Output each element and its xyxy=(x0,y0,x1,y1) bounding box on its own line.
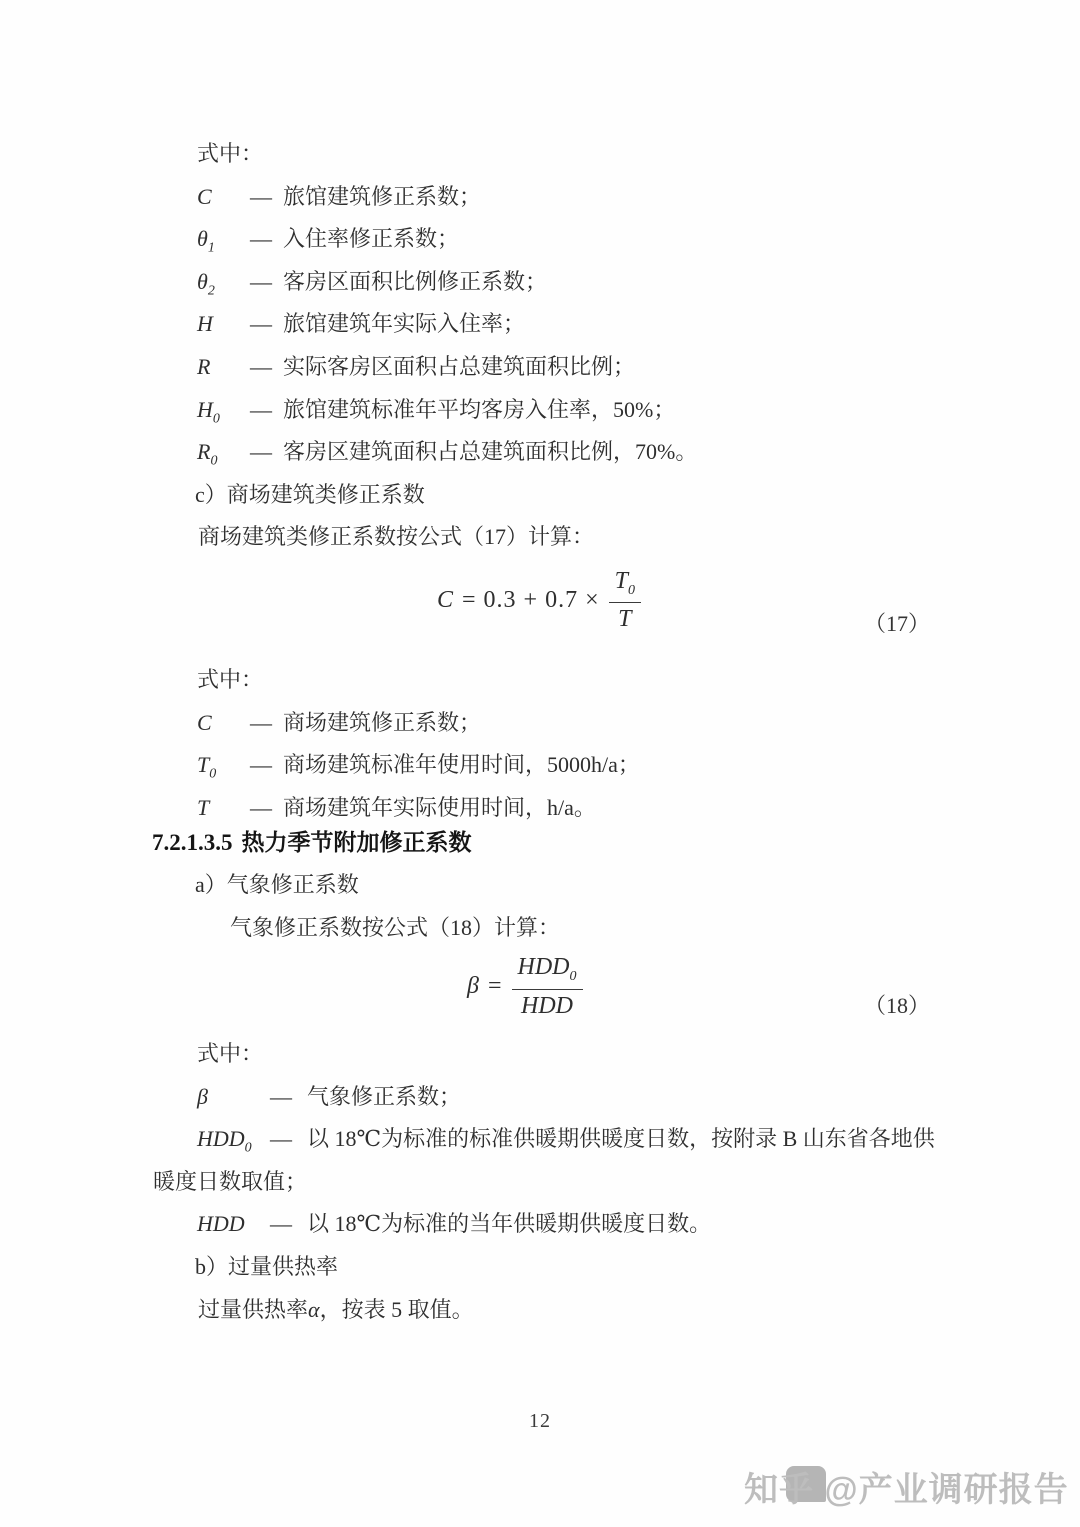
mall-definition-list: C—商场建筑修正系数； T0—商场建筑标准年使用时间，5000h/a； T—商场… xyxy=(150,702,930,830)
fraction-numerator: T0 xyxy=(609,569,641,603)
eq-operators: = 0.3 + 0.7 × xyxy=(462,588,600,613)
definition-row: T0—商场建筑标准年使用时间，5000h/a； xyxy=(150,744,930,787)
excess-heat-rate-text: 过量供热率α，按表 5 取值。 xyxy=(150,1289,930,1332)
formula-17-intro: 商场建筑类修正系数按公式（17）计算： xyxy=(150,516,930,559)
hotel-definition-list: C—旅馆建筑修正系数； θ1—入住率修正系数； θ2—客房区面积比例修正系数； … xyxy=(150,176,930,474)
section-number: 7.2.1.3.5 xyxy=(152,830,233,855)
definition-text: 客房区建筑面积占总建筑面积比例，70%。 xyxy=(283,439,697,464)
watermark: 知乎 @产业调研报告 xyxy=(744,1462,1069,1510)
fraction-denominator: T xyxy=(618,603,631,632)
eq-lhs: C xyxy=(437,588,453,613)
em-dash: — xyxy=(250,346,283,389)
definition-text: 气象修正系数； xyxy=(307,1084,461,1109)
equation-number-17: （17） xyxy=(864,607,930,638)
definition-text: 以 18℃为标准的标准供暖期供暖度日数，按附录 B 山东省各地供 xyxy=(307,1126,935,1151)
definition-row: θ1—入住率修正系数； xyxy=(150,218,930,261)
watermark-text: 知乎 @产业调研报告 xyxy=(744,1471,1069,1509)
definition-row: θ2—客房区面积比例修正系数； xyxy=(150,261,930,304)
list-item-a: a）气象修正系数 xyxy=(150,864,930,907)
definition-row: β—气象修正系数； xyxy=(150,1076,930,1119)
fraction-denominator: HDD xyxy=(521,990,573,1019)
definition-text: 入住率修正系数； xyxy=(283,226,459,251)
equation-17: C = 0.3 + 0.7 × T0 T xyxy=(437,569,641,633)
em-dash: — xyxy=(250,218,283,261)
definition-row: H0—旅馆建筑标准年平均客房入住率，50%； xyxy=(150,389,930,432)
where-label-thermal: 式中： xyxy=(150,1033,930,1076)
definition-text: 旅馆建筑年实际入住率； xyxy=(283,311,525,336)
section-title: 热力季节附加修正系数 xyxy=(242,829,472,855)
definition-text: 商场建筑年实际使用时间，h/a。 xyxy=(283,795,596,820)
equation-18: β = HDD0 HDD xyxy=(467,955,583,1019)
definition-text: 旅馆建筑标准年平均客房入住率，50%； xyxy=(283,397,675,422)
equation-number-18: （18） xyxy=(864,989,930,1020)
fraction: HDD0 HDD xyxy=(512,955,583,1019)
formula-17: C = 0.3 + 0.7 × T0 T （17） xyxy=(150,559,930,659)
thermal-definition-list: β—气象修正系数； HDD0—以 18℃为标准的标准供暖期供暖度日数，按附录 B… xyxy=(150,1076,930,1246)
em-dash: — xyxy=(250,303,283,346)
definition-row: R—实际客房区面积占总建筑面积比例； xyxy=(150,346,930,389)
em-dash: — xyxy=(250,744,283,787)
page-number: 12 xyxy=(0,1410,1080,1433)
definition-text-continuation: 暖度日数取值； xyxy=(150,1161,930,1204)
definition-row: R0—客房区建筑面积占总建筑面积比例，70%。 xyxy=(150,431,930,474)
definition-text: 以 18℃为标准的当年供暖期供暖度日数。 xyxy=(307,1211,711,1236)
formula-18-intro: 气象修正系数按公式（18）计算： xyxy=(150,907,930,950)
definition-text: 旅馆建筑修正系数； xyxy=(283,184,481,209)
definition-row: HDD0—以 18℃为标准的标准供暖期供暖度日数，按附录 B 山东省各地供 xyxy=(150,1118,930,1161)
page-content: 式中： C—旅馆建筑修正系数； θ1—入住率修正系数； θ2—客房区面积比例修正… xyxy=(150,133,930,1331)
em-dash: — xyxy=(270,1118,307,1161)
em-dash: — xyxy=(250,431,283,474)
eq-lhs: β xyxy=(467,974,479,999)
definition-row: H—旅馆建筑年实际入住率； xyxy=(150,303,930,346)
where-label-mall: 式中： xyxy=(150,659,930,702)
definition-row: C—旅馆建筑修正系数； xyxy=(150,176,930,219)
definition-text: 客房区面积比例修正系数； xyxy=(283,269,547,294)
alpha-symbol: α xyxy=(308,1297,320,1322)
em-dash: — xyxy=(270,1076,307,1119)
em-dash: — xyxy=(250,389,283,432)
definition-row: C—商场建筑修正系数； xyxy=(150,702,930,745)
eq-operators: = xyxy=(488,974,503,999)
em-dash: — xyxy=(250,176,283,219)
fraction-numerator: HDD0 xyxy=(512,955,583,989)
definition-text: 实际客房区面积占总建筑面积比例； xyxy=(283,354,635,379)
em-dash: — xyxy=(250,261,283,304)
em-dash: — xyxy=(270,1203,307,1246)
where-label-hotel: 式中： xyxy=(150,133,930,176)
definition-text: 商场建筑修正系数； xyxy=(283,710,481,735)
fraction: T0 T xyxy=(609,569,641,633)
document-page: 式中： C—旅馆建筑修正系数； θ1—入住率修正系数； θ2—客房区面积比例修正… xyxy=(0,0,1080,1527)
list-item-c: c）商场建筑类修正系数 xyxy=(150,474,930,517)
em-dash: — xyxy=(250,702,283,745)
formula-18: β = HDD0 HDD （18） xyxy=(150,949,930,1033)
definition-text: 商场建筑标准年使用时间，5000h/a； xyxy=(283,752,640,777)
definition-row: HDD—以 18℃为标准的当年供暖期供暖度日数。 xyxy=(150,1203,930,1246)
list-item-b: b）过量供热率 xyxy=(150,1246,930,1289)
